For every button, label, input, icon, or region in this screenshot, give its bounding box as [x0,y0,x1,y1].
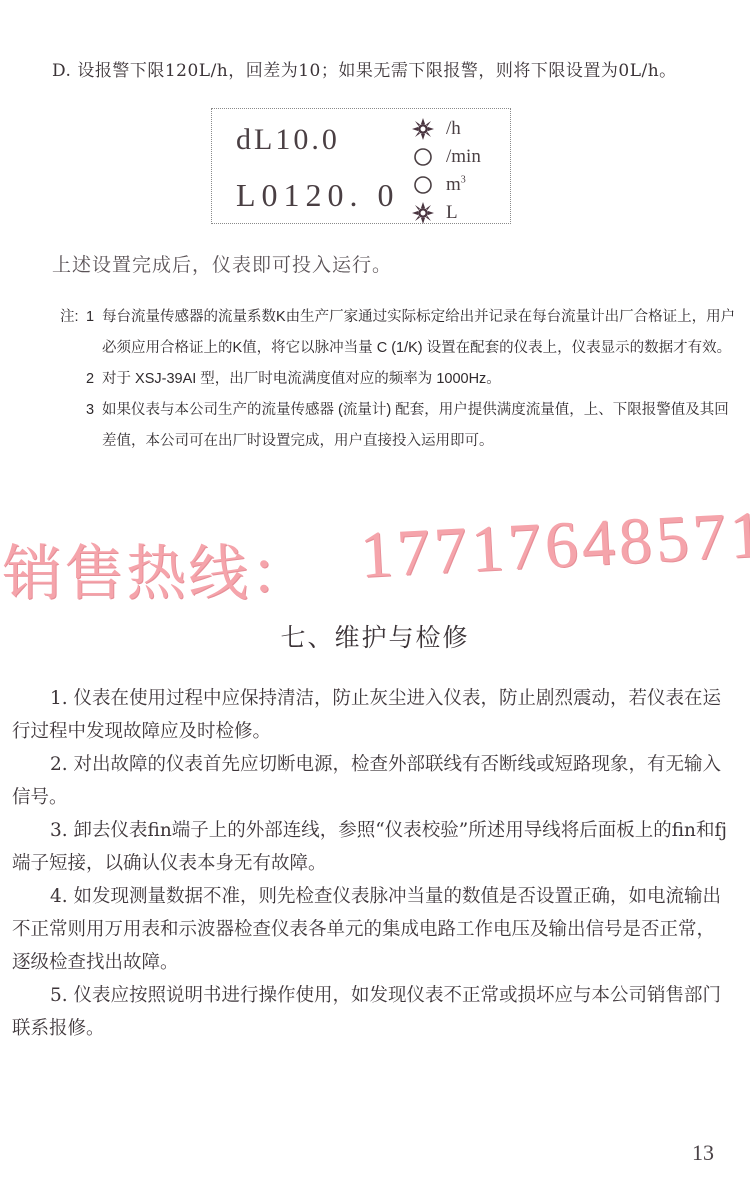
sun-icon [412,202,434,224]
unit-row-per-min: /min [412,143,512,171]
unit-label-per-hour: /h [446,118,461,140]
unit-row-cubic-meter: m3 [412,171,512,199]
maintenance-paragraphs: 1. 仪表在使用过程中应保持清洁，防止灰尘进入仪表，防止剧烈震动，若仪表在运行过… [12,682,732,1045]
note-item: 2 对于 XSJ-39AI 型，出厂时电流满度值对应的频率为 1000Hz。 [102,364,742,395]
notes-prefix: 注: [60,302,79,333]
unit-base: m [446,174,461,195]
watermark-label: 销售热线： [2,526,312,612]
watermark-phone: 17717648571 [358,497,750,594]
maintenance-item: 2. 对出故障的仪表首先应切断电源，检查外部联线有否断线或短路现象，有无输入信号… [12,748,732,814]
note-text: 如果仪表与本公司生产的流量传感器 (流量计) 配套，用户提供满度流量值，上、下限… [102,402,729,449]
circle-icon [412,174,434,196]
note-item: 1 每台流量传感器的流量系数K由生产厂家通过实际标定给出并记录在每台流量计出厂合… [102,302,742,364]
unit-label-cubic-meter: m3 [446,174,466,196]
note-text: 每台流量传感器的流量系数K由生产厂家通过实际标定给出并记录在每台流量计出厂合格证… [102,309,735,356]
note-text: 对于 XSJ-39AI 型，出厂时电流满度值对应的频率为 1000Hz。 [102,371,501,387]
unit-label-liter: L [446,202,458,224]
unit-row-liter: L [412,199,512,227]
maintenance-item: 4. 如发现测量数据不准，则先检查仪表脉冲当量的数值是否设置正确，如电流输出不正… [12,880,732,979]
unit-exponent: 3 [461,175,466,186]
display-line-low-limit: L0120. 0 [236,177,400,214]
sales-hotline-watermark: 销售热线： 17717648571 [0,518,750,598]
maintenance-item: 5. 仪表应按照说明书进行操作使用，如发现仪表不正常或损坏应与本公司销售部门联系… [12,979,732,1045]
ready-text: 上述设置完成后，仪表即可投入运行。 [52,250,392,277]
step-d-text: D. 设报警下限120L/h，回差为10；如果无需下限报警，则将下限设置为0L/… [52,56,677,81]
note-item: 3 如果仪表与本公司生产的流量传感器 (流量计) 配套，用户提供满度流量值，上、… [102,395,742,457]
note-number: 1 [86,302,94,333]
meter-display-diagram: dL10.0 L0120. 0 /h /min m3 L [211,108,511,224]
maintenance-item: 3. 卸去仪表fin端子上的外部连线，参照“仪表校验”所述用导线将后面板上的fi… [12,814,732,880]
display-line-hysteresis: dL10.0 [236,123,340,157]
note-number: 3 [86,395,94,426]
unit-label-per-min: /min [446,146,481,168]
notes-list: 1 每台流量传感器的流量系数K由生产厂家通过实际标定给出并记录在每台流量计出厂合… [102,302,742,457]
note-number: 2 [86,364,94,395]
sun-icon [412,118,434,140]
section-title: 七、维护与检修 [0,618,750,654]
page-number: 13 [692,1140,714,1166]
maintenance-item: 1. 仪表在使用过程中应保持清洁，防止灰尘进入仪表，防止剧烈震动，若仪表在运行过… [12,682,732,748]
unit-row-per-hour: /h [412,115,512,143]
unit-indicator-list: /h /min m3 L [412,115,512,227]
circle-icon [412,146,434,168]
